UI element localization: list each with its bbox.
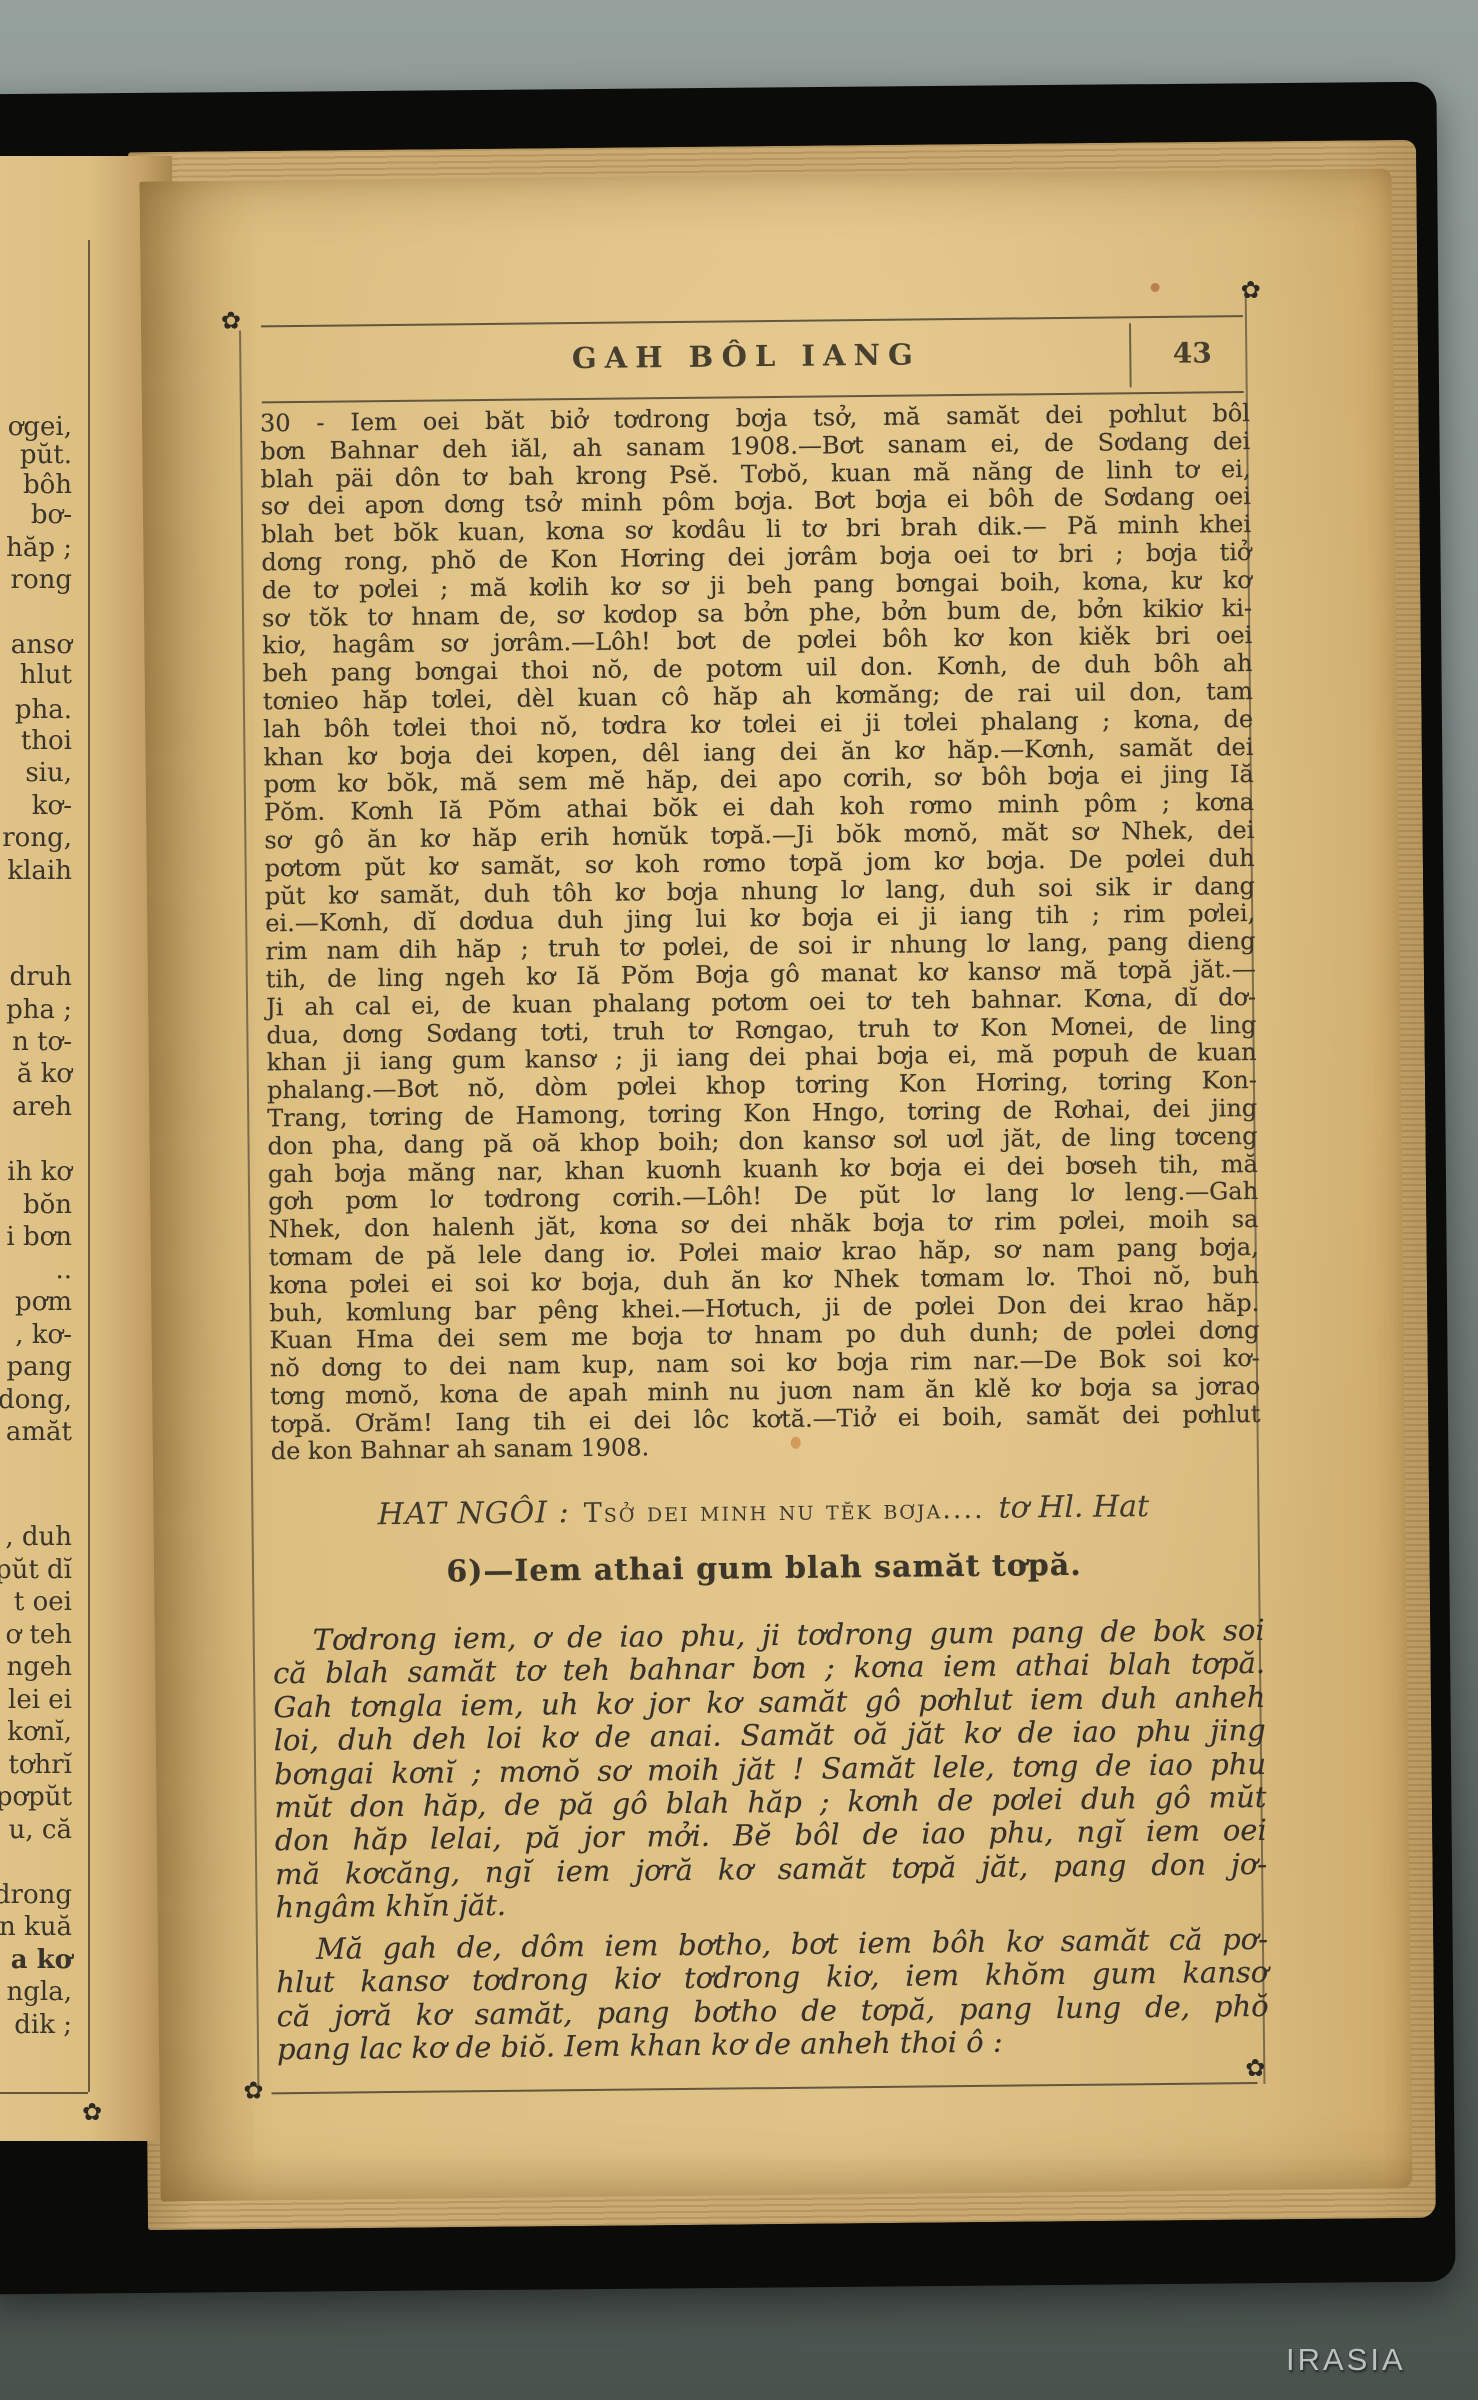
facing-page-text-fragment: ă kơ [17, 1059, 72, 1089]
header-top-rule [261, 315, 1243, 327]
facing-page-text-fragment: drong [0, 1880, 72, 1910]
facing-page-text-fragment: ih kơ [7, 1157, 72, 1187]
facing-page-text-fragment: ơ teh [6, 1620, 73, 1650]
facing-page-text-fragment: pơm [15, 1287, 72, 1317]
facing-page-text-fragment: bôh [23, 470, 72, 500]
facing-page-text-fragment: kơ- [32, 791, 72, 821]
scanned-book-photo: { "ornament": {"glyph": "✿"}, "colors": … [0, 0, 1478, 2400]
facing-page-text-fragment: t oei [14, 1587, 72, 1617]
facing-page-text-fragment: tơhrĭ [8, 1750, 72, 1780]
page-number: 43 [1137, 336, 1247, 370]
rosette-ornament-icon: ✿ [82, 2100, 102, 2124]
facing-page-text-fragment: ngeh [6, 1652, 72, 1682]
facing-page-text-fragment: pŭt dĭ [0, 1555, 72, 1585]
facing-page-text-fragment: rong [11, 565, 72, 595]
facing-page-text-fragment: bŏn [23, 1190, 72, 1220]
italic-paragraph-1: Tơdrong iem, ơ de iao phu, ji tơdrong gu… [273, 1614, 1268, 1925]
facing-page-text-fragment: n kuă [0, 1912, 72, 1942]
facing-page-text-fragment: pŭt. [20, 440, 72, 470]
rosette-ornament-icon: ✿ [243, 2078, 263, 2102]
facing-page-text-fragment: pha ; [6, 995, 72, 1025]
facing-page-text-fragment: kơnĭ, [7, 1717, 72, 1747]
facing-page-text-fragment: pang [6, 1352, 72, 1382]
paper-stain [1151, 283, 1160, 292]
facing-page-text-fragment: bơ- [31, 500, 72, 530]
facing-page-text-fragment: , duh [5, 1522, 72, 1552]
facing-page-text-fragment: hlut [20, 660, 72, 690]
facing-page-text-fragment: n tơ- [12, 1027, 72, 1057]
hat-ngoi-smallcaps: Tsở dei minh nu tĕk bơja.... [584, 1494, 985, 1529]
facing-page-text-fragment: druh [9, 962, 72, 992]
facing-page-text-fragment: ansơ [11, 630, 72, 660]
facing-page-text-fragment: pha. [15, 695, 72, 725]
facing-page-text-fragment: pơpŭt [0, 1782, 72, 1812]
hat-ngoi-reference: tơ Hl. Hat [998, 1489, 1149, 1526]
scanner-watermark: IRASIA [1286, 2342, 1406, 2378]
facing-page-text-fragment: a kơ [11, 1945, 72, 1975]
facing-page-text-fragment: rong, [2, 823, 72, 853]
rosette-ornament-icon: ✿ [1241, 278, 1261, 302]
facing-page-bottom-rule [0, 2092, 88, 2094]
facing-page-text-fragment: ơgei, [8, 412, 72, 442]
facing-page-text-fragment: dong, [0, 1385, 72, 1415]
body-paragraph: 30 - Iem oei băt biở tơdrong bơja tsở, m… [260, 400, 1261, 1467]
header-divider-bar [1129, 323, 1132, 387]
facing-page-text-fragment: siu, [25, 758, 72, 788]
facing-page-text-fragment: thoi [21, 726, 72, 756]
facing-page-text-fragment: areh [12, 1092, 72, 1122]
text-frame-left-line [239, 331, 259, 2095]
facing-page-text-fragment: dik ; [14, 2010, 72, 2040]
rosette-ornament-icon: ✿ [221, 309, 241, 333]
section-heading: 6)—Iem athai gum blah samăt tơpă. [264, 1546, 1264, 1591]
running-header-title: GAH BÔL IANG [241, 334, 1251, 379]
hat-ngoi-label: HAT NGÔI : [377, 1495, 569, 1532]
hat-ngoi-line: HAT NGÔI :Tsở dei minh nu tĕk bơja....tơ… [263, 1488, 1263, 1533]
facing-page-text-fragment: klaih [7, 856, 72, 886]
facing-page-text-fragment: lei ei [8, 1685, 72, 1715]
footer-rule [271, 2082, 1257, 2094]
facing-page-text-fragment: , kơ- [15, 1320, 72, 1350]
facing-page-text-fragment: ngla, [7, 1977, 72, 2007]
facing-page-text-fragment: amăt [6, 1417, 72, 1447]
facing-page-text-fragment: i bơn [6, 1222, 72, 1252]
facing-page-frame-line [88, 240, 90, 2092]
facing-page-text-fragment: .. [55, 1255, 72, 1285]
facing-page-text-fragment: u, că [9, 1815, 72, 1845]
facing-page-text-fragment: hăp ; [6, 533, 72, 563]
italic-paragraph-2: Mă gah de, dôm iem bơtho, bơt iem bôh kơ… [276, 1923, 1269, 2067]
book-page: ✿ ✿ ✿ ✿ GAH BÔL IANG 43 30 - Iem oei băt… [139, 169, 1412, 2202]
